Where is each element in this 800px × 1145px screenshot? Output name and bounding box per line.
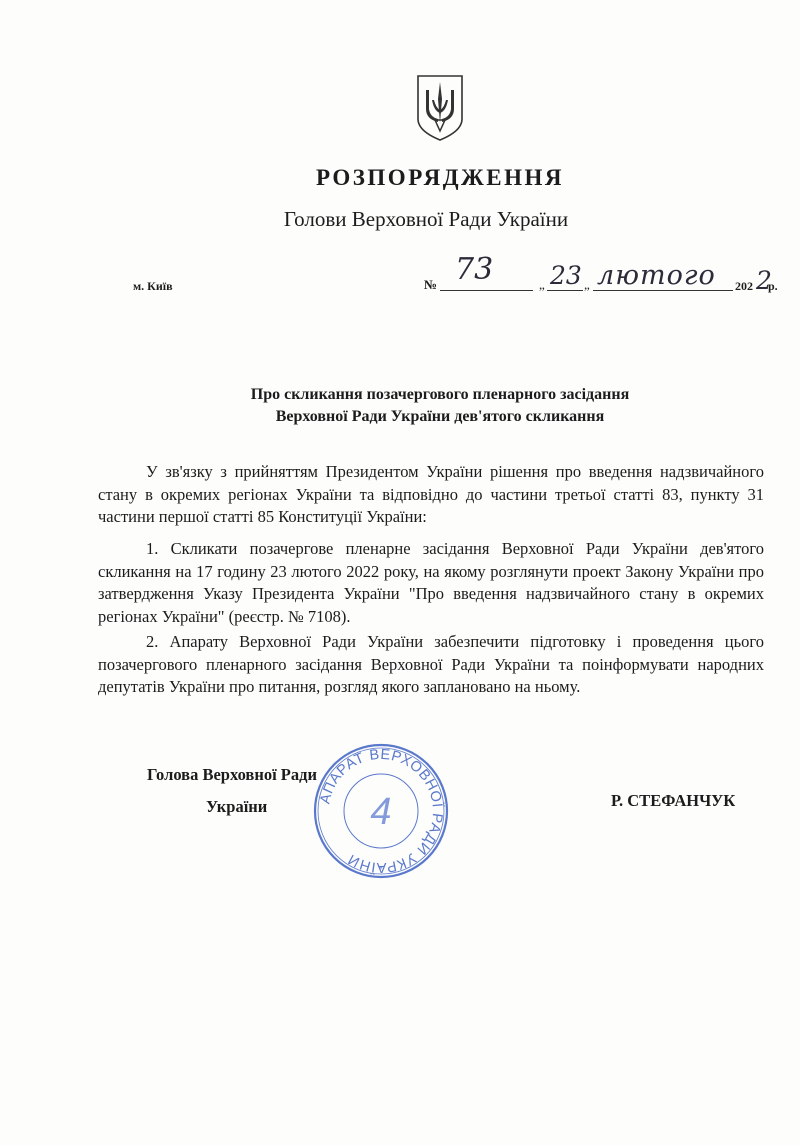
day-close-quote: „ bbox=[584, 277, 590, 293]
day-open-quote: „ bbox=[539, 277, 545, 293]
item-1-paragraph: 1. Скликати позачергове пленарне засідан… bbox=[98, 538, 764, 628]
year-suffix: р. bbox=[768, 279, 778, 294]
signatory-title-line-1: Голова Верховної Ради bbox=[147, 765, 317, 785]
subject-heading: Про скликання позачергового пленарного з… bbox=[0, 384, 800, 428]
signatory-title-line-2: України bbox=[206, 797, 267, 817]
city-label: м. Київ bbox=[133, 279, 173, 294]
seal-center-number: 4 bbox=[370, 791, 391, 833]
document-type-title: РОЗПОРЯДЖЕННЯ bbox=[0, 165, 800, 191]
year-prefix: 202 bbox=[735, 279, 753, 294]
seal-star-icon: * bbox=[379, 865, 382, 874]
official-seal-stamp: АПАРАТ ВЕРХОВНОЇ РАДИ УКРАЇНИ 4 * bbox=[312, 742, 450, 880]
document-number-handwritten: 73 bbox=[455, 252, 493, 287]
number-underline bbox=[440, 290, 533, 291]
day-underline bbox=[547, 290, 583, 291]
day-handwritten: 23 bbox=[550, 261, 582, 290]
preamble-paragraph: У зв'язку з прийняттям Президентом Украї… bbox=[98, 461, 764, 529]
month-handwritten: лютого bbox=[597, 260, 716, 291]
subject-line-2: Верховної Ради України дев'ятого скликан… bbox=[0, 406, 800, 428]
item-2-paragraph: 2. Апарату Верховної Ради України забезп… bbox=[98, 631, 764, 699]
subject-line-1: Про скликання позачергового пленарного з… bbox=[0, 384, 800, 406]
trident-coat-of-arms-icon bbox=[415, 73, 465, 143]
signatory-name: Р. СТЕФАНЧУК bbox=[611, 791, 735, 811]
issuer-subtitle: Голови Верховної Ради України bbox=[0, 207, 800, 232]
number-label: № bbox=[424, 277, 437, 293]
